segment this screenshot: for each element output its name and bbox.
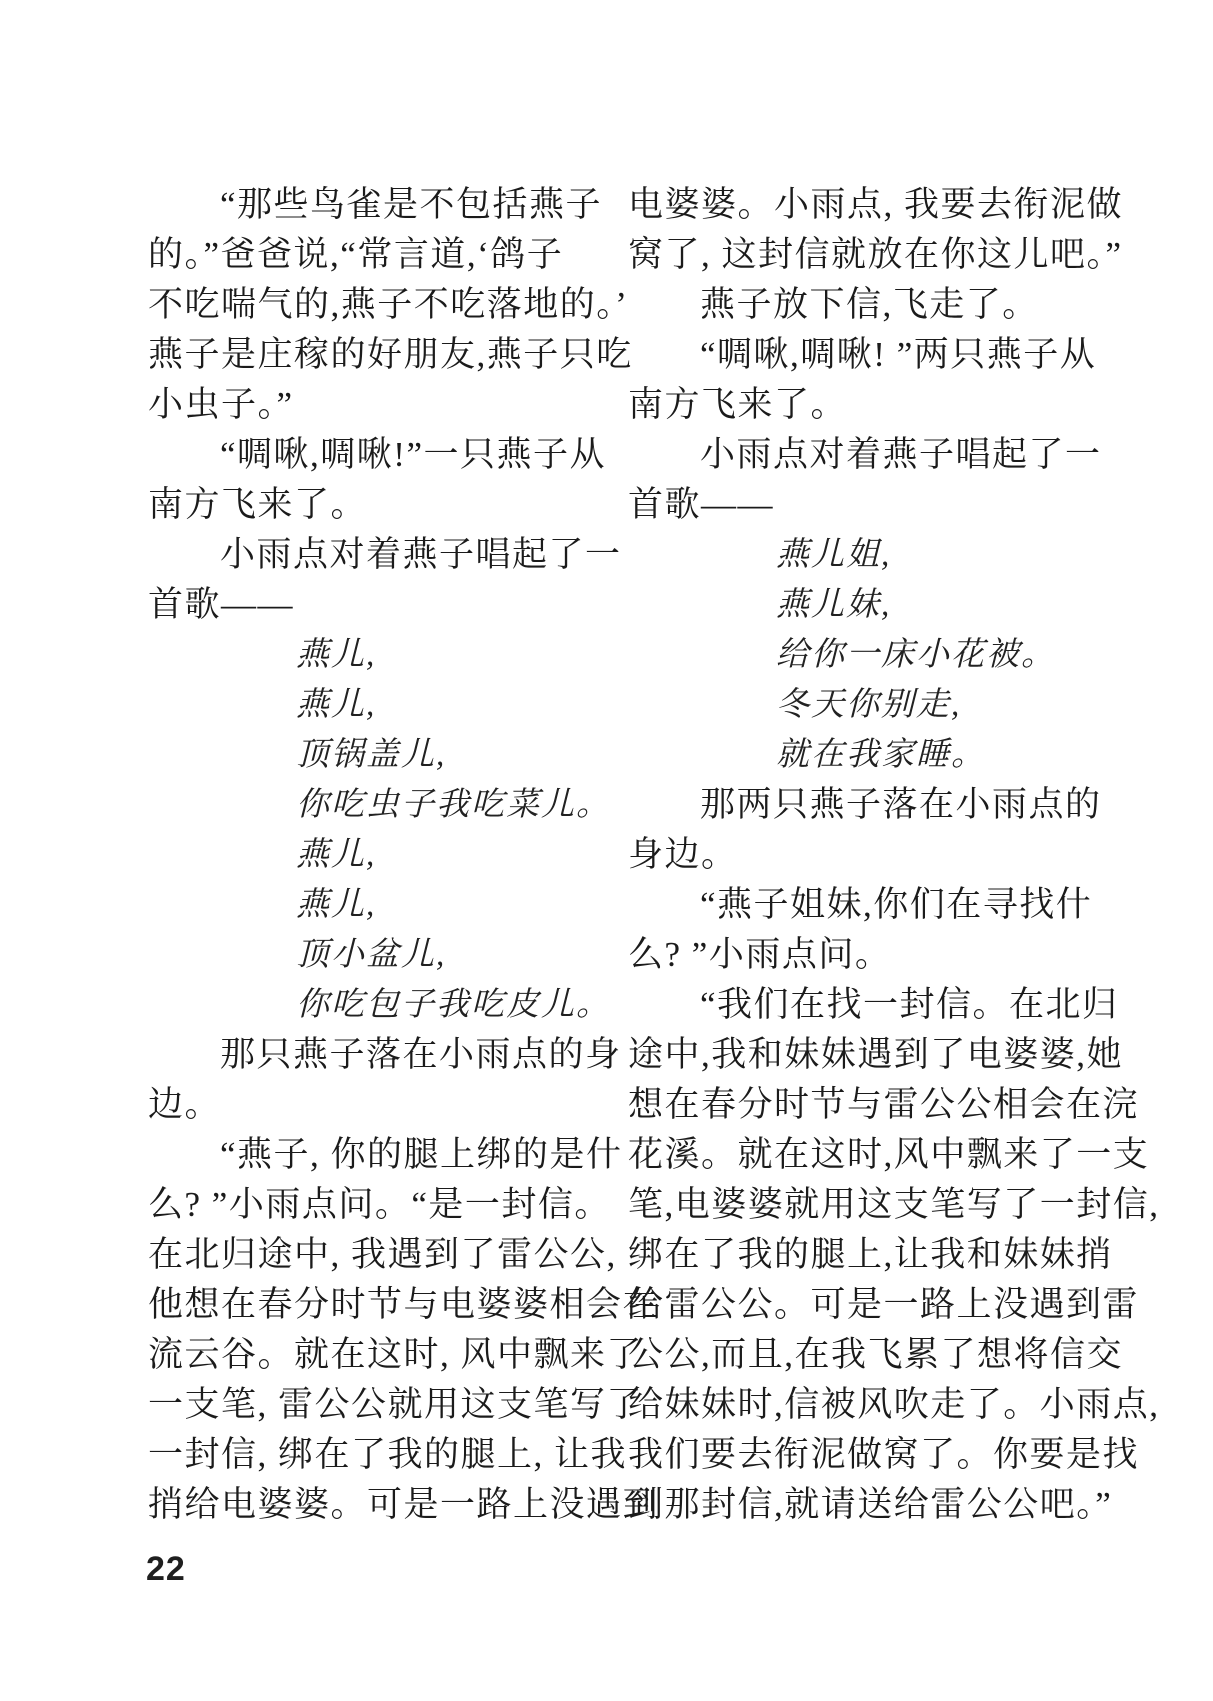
text-line: 一支笔, 雷公公就用这支笔写了	[148, 1380, 588, 1430]
right-column: 电婆婆。小雨点, 我要去衔泥做 窝了, 这封信就放在你这儿吧。” 燕子放下信,飞…	[628, 180, 1068, 1530]
text-line: 途中,我和妹妹遇到了电婆婆,她	[628, 1030, 1068, 1080]
text-line: 小虫子。”	[148, 380, 588, 430]
poem-line: 燕儿,	[148, 830, 588, 880]
text-line: 绑在了我的腿上,让我和妹妹捎	[628, 1230, 1068, 1280]
text-line: 首歌——	[628, 480, 1068, 530]
text-line: 南方飞来了。	[628, 380, 1068, 430]
text-line: 在北归途中, 我遇到了雷公公,	[148, 1230, 588, 1280]
left-column: “那些鸟雀是不包括燕子 的。”爸爸说,“常言道,‘鸽子 不吃喘气的,燕子不吃落地…	[148, 180, 588, 1530]
text-line: 我们要去衔泥做窝了。你要是找	[628, 1430, 1068, 1480]
text-line: 公公,而且,在我飞累了想将信交	[628, 1330, 1068, 1380]
book-page: “那些鸟雀是不包括燕子 的。”爸爸说,“常言道,‘鸽子 不吃喘气的,燕子不吃落地…	[0, 0, 1213, 1701]
text-line: 给雷公公。可是一路上没遇到雷	[628, 1280, 1068, 1330]
page-number: 22	[146, 1550, 186, 1589]
text-line: 那两只燕子落在小雨点的	[628, 780, 1068, 830]
text-line: 么? ”小雨点问。“是一封信。	[148, 1180, 588, 1230]
text-line: 那只燕子落在小雨点的身	[148, 1030, 588, 1080]
text-line: 燕子是庄稼的好朋友,燕子只吃	[148, 330, 588, 380]
text-line: 流云谷。就在这时, 风中飘来了	[148, 1330, 588, 1380]
text-line: 么? ”小雨点问。	[628, 930, 1068, 980]
text-line: 不吃喘气的,燕子不吃落地的。’	[148, 280, 588, 330]
text-line: 的。”爸爸说,“常言道,‘鸽子	[148, 230, 588, 280]
text-line: 小雨点对着燕子唱起了一	[148, 530, 588, 580]
poem-line: 给你一床小花被。	[628, 630, 1068, 680]
text-line: 笔,电婆婆就用这支笔写了一封信,	[628, 1180, 1068, 1230]
text-line: 想在春分时节与雷公公相会在浣	[628, 1080, 1068, 1130]
poem-line: 顶小盆儿,	[148, 930, 588, 980]
poem-line: 你吃包子我吃皮儿。	[148, 980, 588, 1030]
text-line: “燕子, 你的腿上绑的是什	[148, 1130, 588, 1180]
poem-line: 就在我家睡。	[628, 730, 1068, 780]
text-line: “啁啾,啁啾! ”两只燕子从	[628, 330, 1068, 380]
text-line: 电婆婆。小雨点, 我要去衔泥做	[628, 180, 1068, 230]
poem-line: 燕儿妹,	[628, 580, 1068, 630]
text-line: “那些鸟雀是不包括燕子	[148, 180, 588, 230]
text-line: 燕子放下信,飞走了。	[628, 280, 1068, 330]
poem-line: 燕儿姐,	[628, 530, 1068, 580]
text-line: 首歌——	[148, 580, 588, 630]
text-line: 花溪。就在这时,风中飘来了一支	[628, 1130, 1068, 1180]
text-line: 身边。	[628, 830, 1068, 880]
poem-line: 顶锅盖儿,	[148, 730, 588, 780]
text-line: “啁啾,啁啾!”一只燕子从	[148, 430, 588, 480]
poem-line: 你吃虫子我吃菜儿。	[148, 780, 588, 830]
text-line: 他想在春分时节与电婆婆相会在	[148, 1280, 588, 1330]
poem-line: 燕儿,	[148, 680, 588, 730]
poem-line: 燕儿,	[148, 630, 588, 680]
text-line: 给妹妹时,信被风吹走了。小雨点,	[628, 1380, 1068, 1430]
text-line: 到那封信,就请送给雷公公吧。”	[628, 1480, 1068, 1530]
text-line: 窝了, 这封信就放在你这儿吧。”	[628, 230, 1068, 280]
text-line: 小雨点对着燕子唱起了一	[628, 430, 1068, 480]
text-line: 边。	[148, 1080, 588, 1130]
poem-line: 冬天你别走,	[628, 680, 1068, 730]
text-line: 南方飞来了。	[148, 480, 588, 530]
poem-line: 燕儿,	[148, 880, 588, 930]
text-line: “我们在找一封信。在北归	[628, 980, 1068, 1030]
text-line: 一封信, 绑在了我的腿上, 让我	[148, 1430, 588, 1480]
text-line: 捎给电婆婆。可是一路上没遇到	[148, 1480, 588, 1530]
text-line: “燕子姐妹,你们在寻找什	[628, 880, 1068, 930]
